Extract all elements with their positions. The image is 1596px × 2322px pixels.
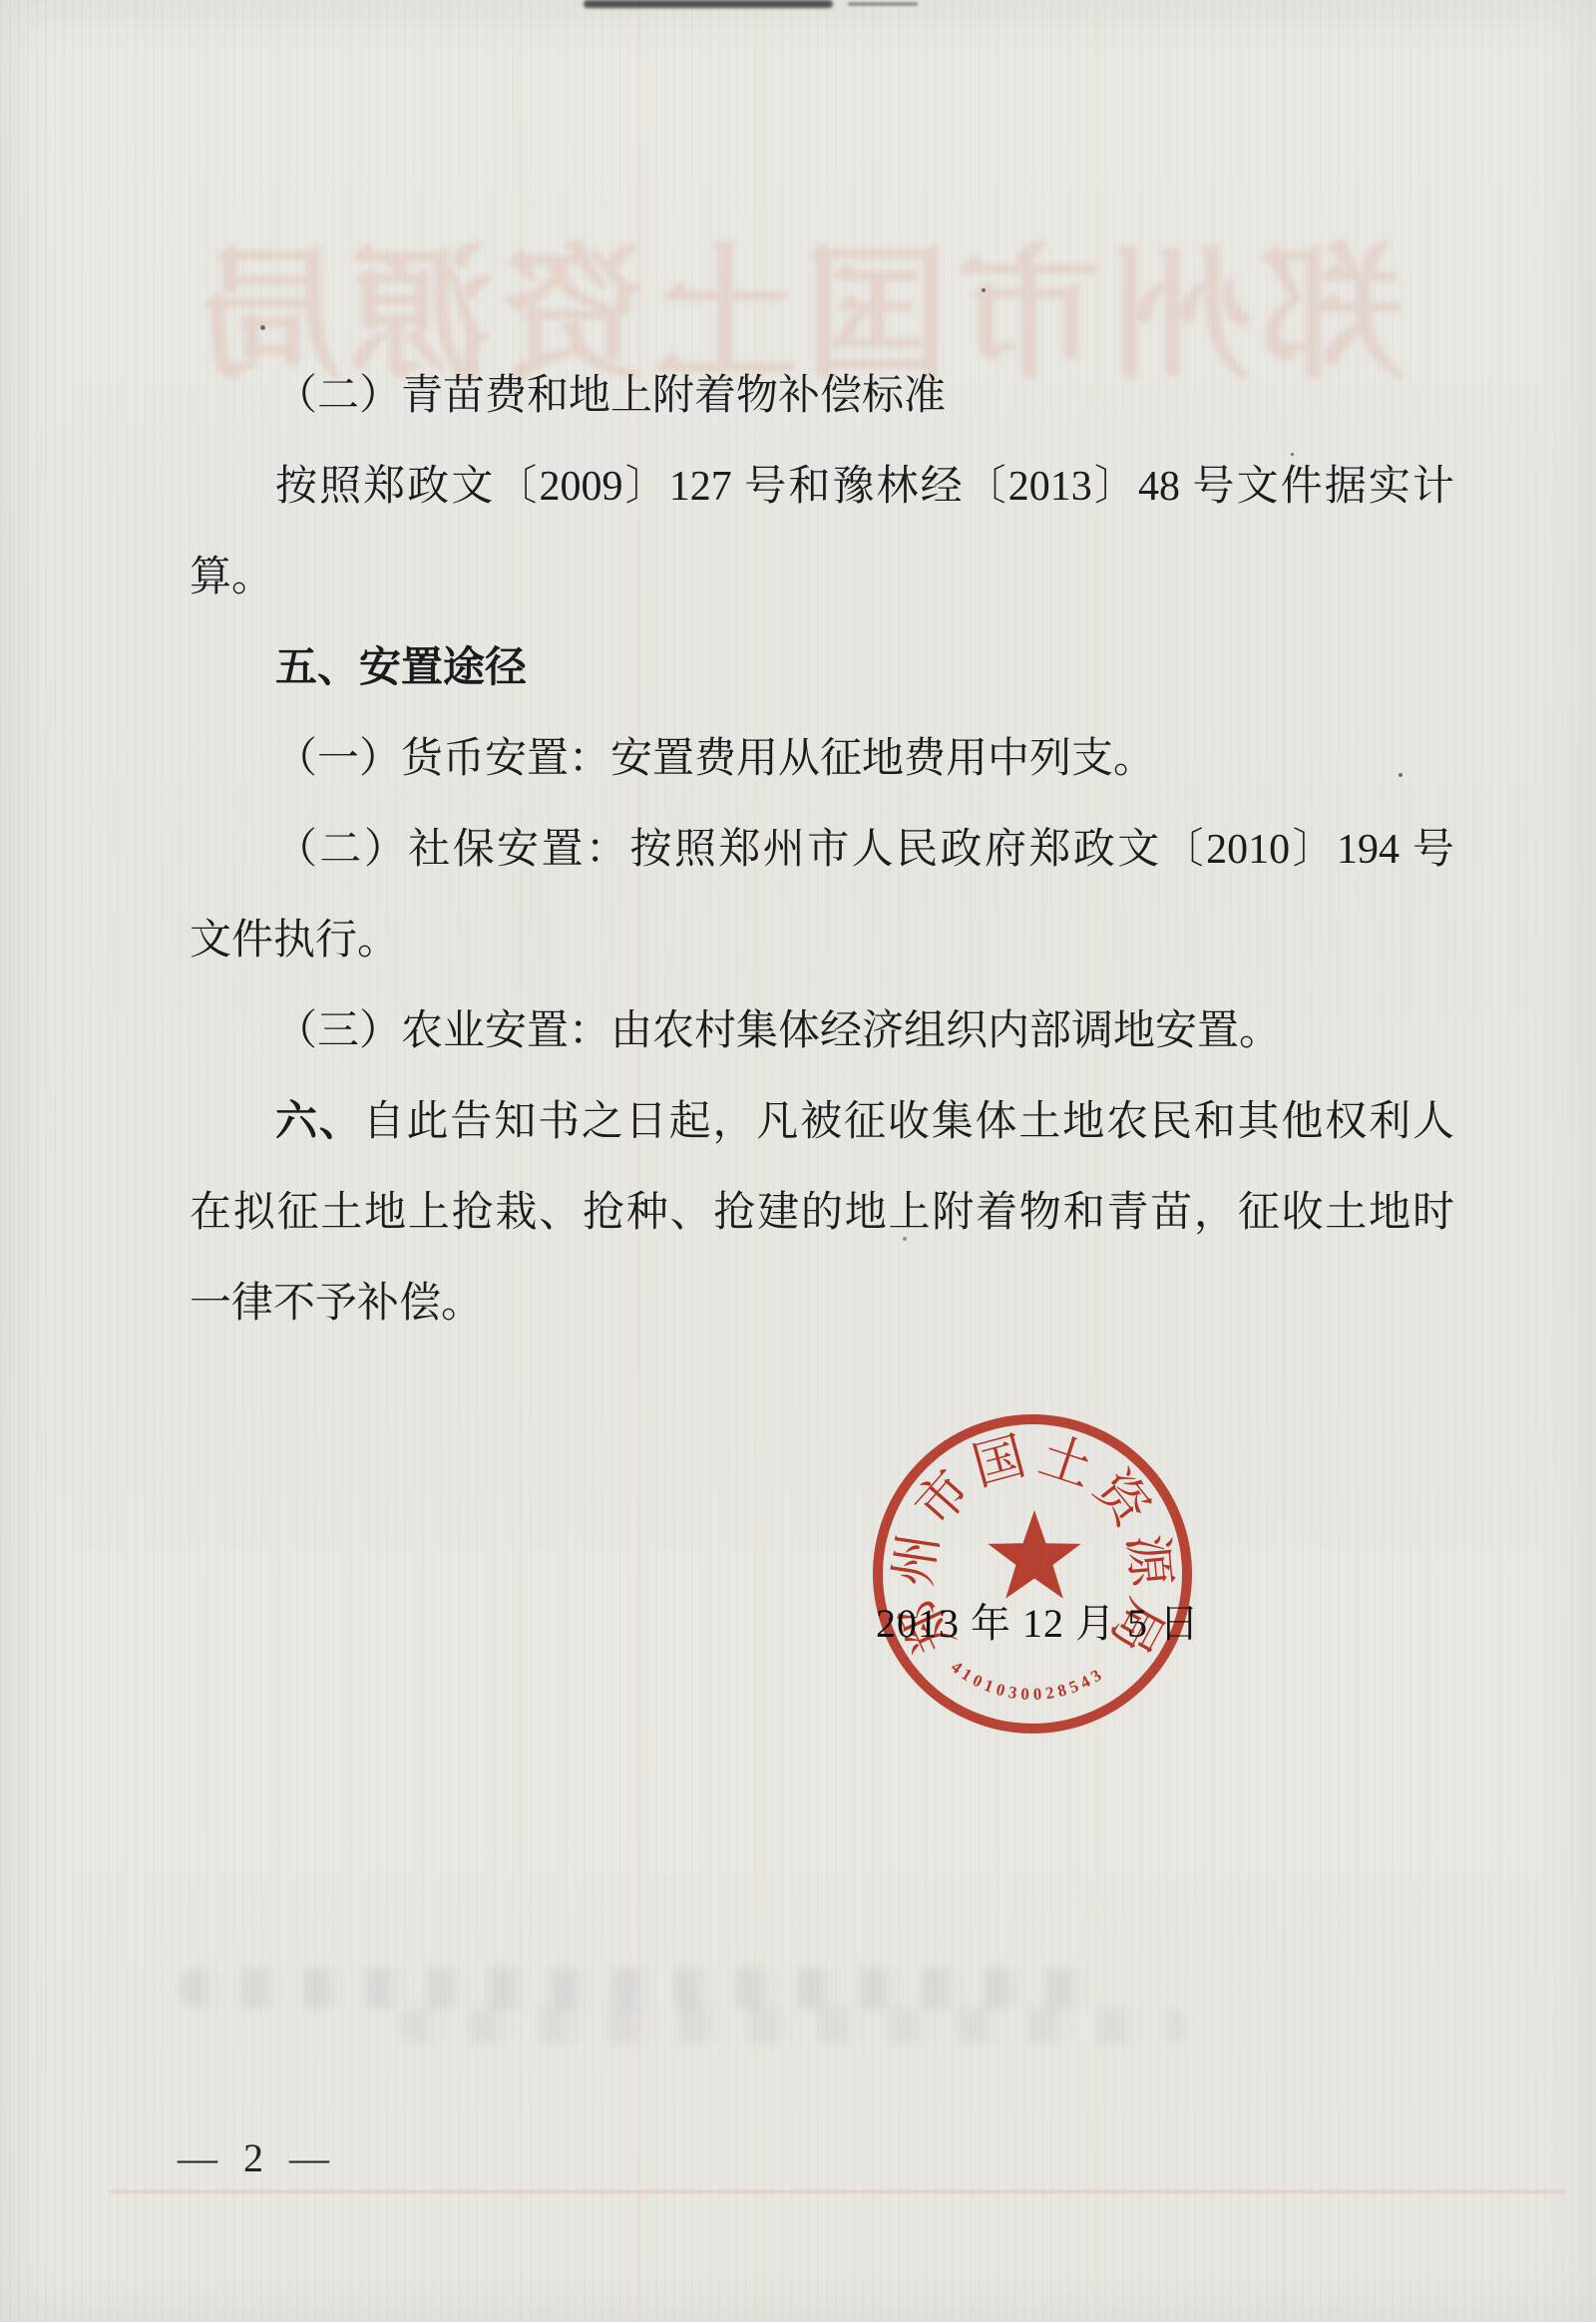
scanner-edge-artifact-small (848, 2, 918, 6)
doc-line-per-documents: 按照郑政文〔2009〕127 号和豫林经〔2013〕48 号文件据实计 (190, 442, 1454, 533)
scanner-edge-artifact (584, 0, 833, 8)
bleedthrough-smudge-1 (180, 1967, 1107, 2009)
seal-star-icon (988, 1510, 1080, 1599)
paper-speck (1291, 453, 1294, 456)
bleedthrough-smudge-2 (399, 2007, 1187, 2045)
paper-speck (1398, 773, 1402, 777)
scanned-document-page: { "document": { "lines": [ {"text": "（二）… (0, 0, 1596, 2322)
doc-line-social-security-cont: 文件执行。 (190, 896, 1454, 986)
paper-speck (260, 325, 265, 330)
bleedthrough-title-ghost: 郑州市国土资源局 (130, 197, 1466, 367)
doc-line-monetary-resettlement: （一）货币安置：安置费用从征地费用中列支。 (190, 714, 1454, 805)
page-number: — 2 — (178, 2134, 337, 2181)
section6-text: 自此告知书之日起，凡被征收集体土地农民和其他权利人 (363, 1099, 1454, 1145)
doc-line-section6: 六、自此告知书之日起，凡被征收集体土地农民和其他权利人 (190, 1077, 1454, 1168)
official-seal: 郑州市国土资源局 4101030028543 (863, 1404, 1202, 1743)
doc-line-section5-heading: 五、安置途径 (190, 623, 1454, 714)
scan-pink-line-artifact (110, 2190, 1566, 2193)
paper-speck (903, 1237, 907, 1241)
seal-code-text: 4101030028543 (948, 1658, 1108, 1705)
paper-speck (982, 288, 986, 292)
doc-line-section6-cont: 在拟征土地上抢栽、抢种、抢建的地上附着物和青苗，征收土地时 (190, 1168, 1454, 1259)
doc-line-compensation-standard-heading: （二）青苗费和地上附着物补偿标准 (190, 351, 1454, 442)
doc-line-social-security-resettlement: （二）社保安置：按照郑州市人民政府郑政文〔2010〕194 号 (190, 805, 1454, 896)
doc-line-section6-end: 一律不予补偿。 (190, 1259, 1454, 1350)
doc-line-per-documents-cont: 算。 (190, 533, 1454, 623)
doc-line-agricultural-resettlement: （三）农业安置：由农村集体经济组织内部调地安置。 (190, 986, 1454, 1077)
document-body: （二）青苗费和地上附着物补偿标准 按照郑政文〔2009〕127 号和豫林经〔20… (190, 351, 1454, 1350)
issue-date: 2013 年 12 月 5 日 (876, 1592, 1200, 1649)
section6-number: 六、 (275, 1099, 363, 1145)
